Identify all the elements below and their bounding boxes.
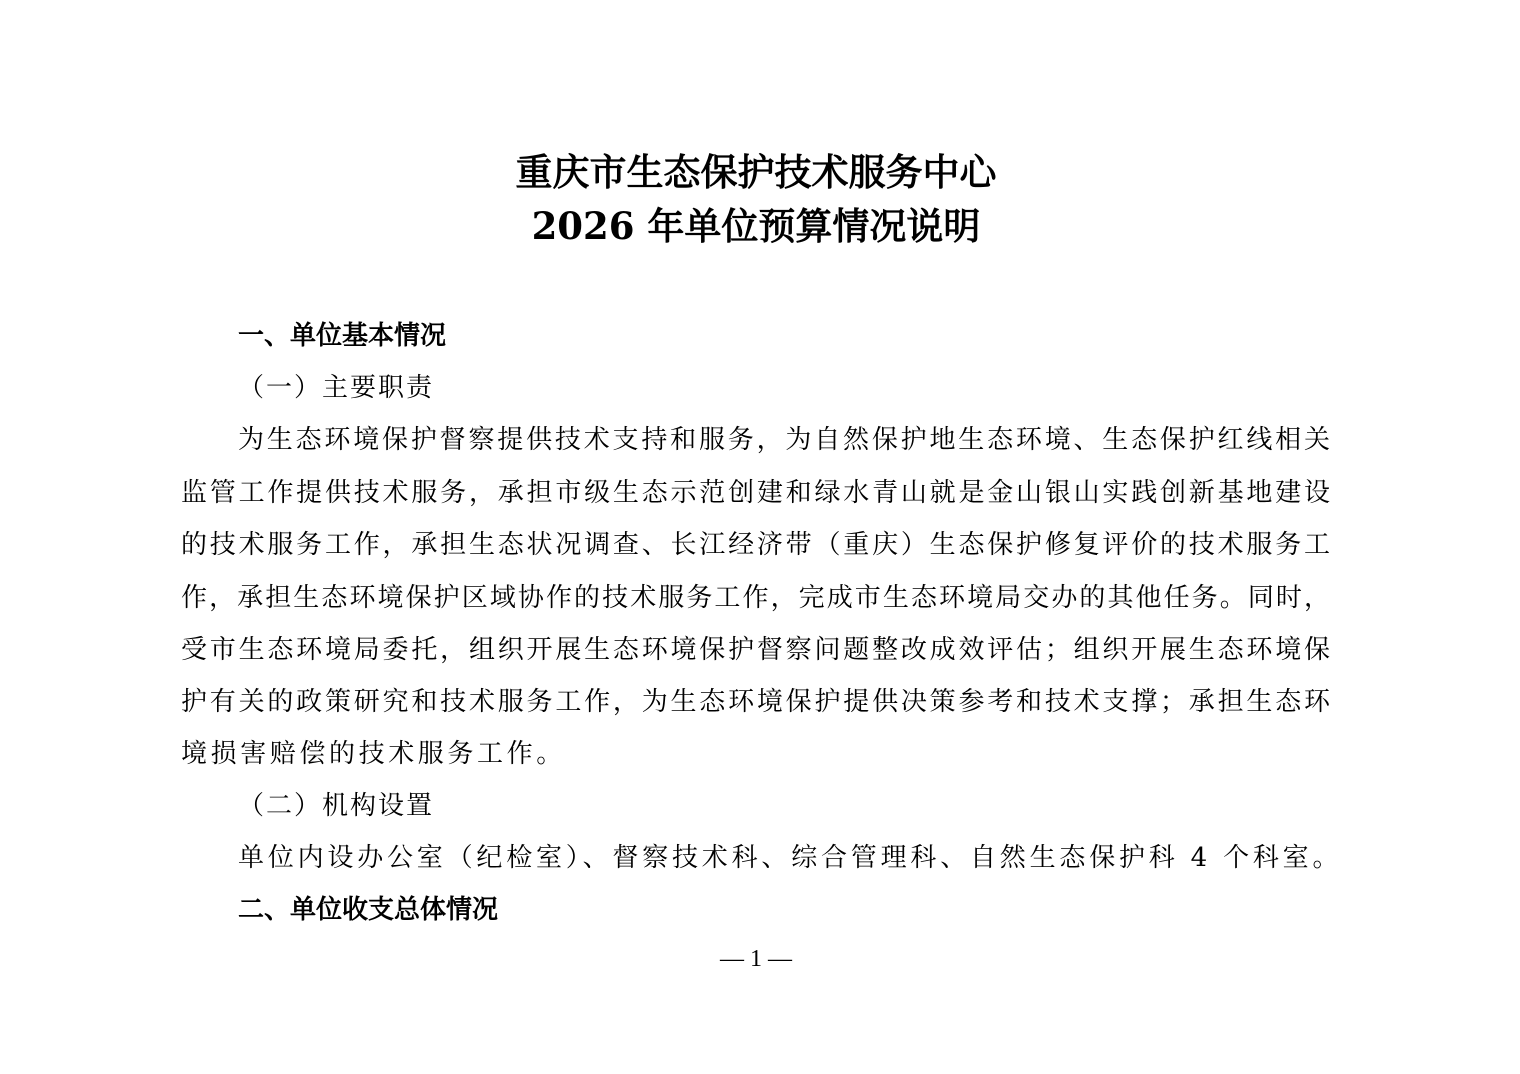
duties-paragraph-line: 监管工作提供技术服务，承担市级生态示范创建和绿水青山就是金山银山实践创新基地建设 (181, 475, 1331, 511)
subsection-heading-main-duties: （一）主要职责 (238, 370, 434, 406)
duties-paragraph-line: 受市生态环境局委托，组织开展生态环境保护督察问题整改成效评估；组织开展生态环境保 (181, 632, 1331, 668)
section-heading-basic-info: 一、单位基本情况 (238, 318, 446, 354)
page-number: — 1 — (0, 942, 1512, 976)
document-page: 重庆市生态保护技术服务中心 2026 年单位预算情况说明 一、单位基本情况 （一… (0, 0, 1520, 1074)
duties-paragraph-line: 作，承担生态环境保护区域协作的技术服务工作，完成市生态环境局交办的其他任务。同时… (181, 580, 1331, 616)
duties-paragraph-line: 护有关的政策研究和技术服务工作，为生态环境保护提供决策参考和技术支撑；承担生态环 (181, 684, 1331, 720)
subsection-heading-org-structure: （二）机构设置 (238, 788, 434, 824)
duties-paragraph-line: 境损害赔偿的技术服务工作。 (181, 736, 1331, 772)
document-title-line-2: 2026 年单位预算情况说明 (0, 202, 1512, 250)
section-heading-income-expenditure: 二、单位收支总体情况 (238, 892, 498, 928)
duties-paragraph-line: 为生态环境保护督察提供技术支持和服务，为自然保护地生态环境、生态保护红线相关 (238, 422, 1331, 458)
org-structure-paragraph: 单位内设办公室（纪检室）、督察技术科、综合管理科、自然生态保护科 4 个科室。 (238, 840, 1342, 876)
document-title-line-1: 重庆市生态保护技术服务中心 (0, 148, 1512, 196)
duties-paragraph-line: 的技术服务工作，承担生态状况调查、长江经济带（重庆）生态保护修复评价的技术服务工 (181, 527, 1331, 563)
